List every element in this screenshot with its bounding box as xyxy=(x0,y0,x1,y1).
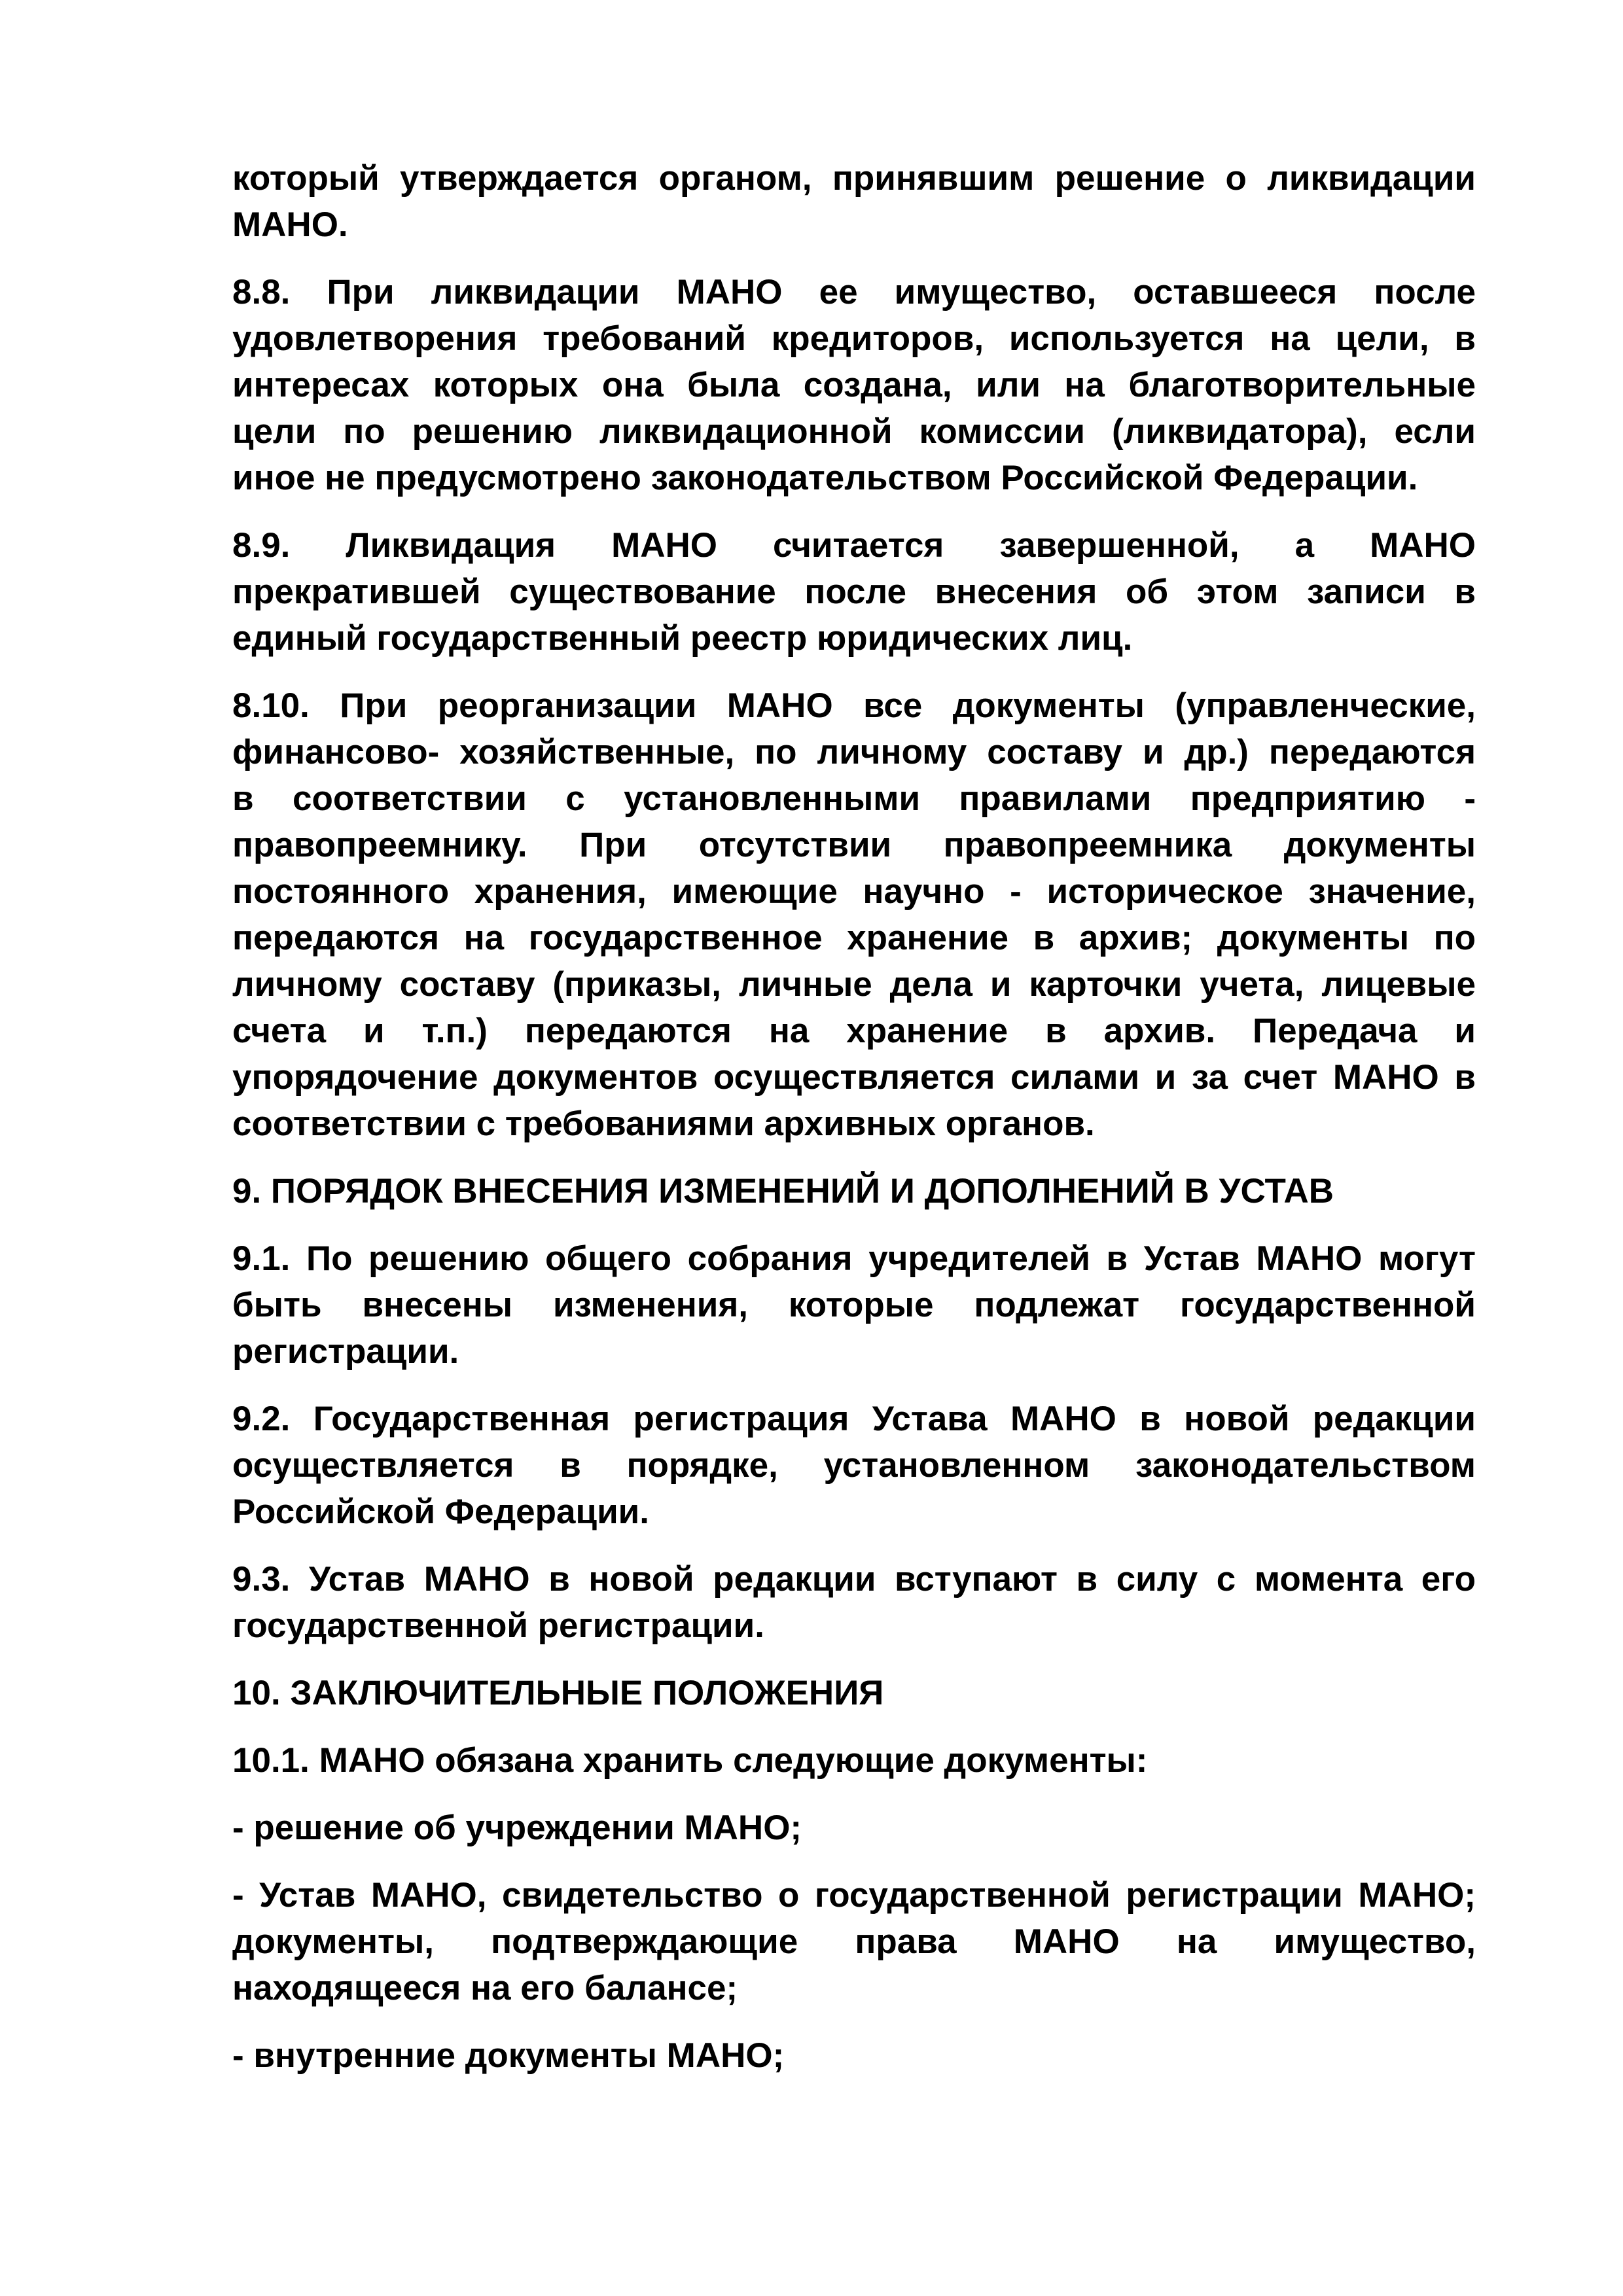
text-line: 8.10. При реорганизации МАНО все докумен… xyxy=(232,682,1476,729)
text-line: осуществляется в порядке, установленном … xyxy=(232,1442,1476,1489)
para-9-3: 9.3. Устав МАНО в новой редакции вступаю… xyxy=(232,1556,1476,1649)
list-item-line: находящееся на его балансе; xyxy=(232,1965,1476,2011)
para-8-8: 8.8. При ликвидации МАНО ее имущество, о… xyxy=(232,269,1476,501)
text-line: единый государственный реестр юридически… xyxy=(232,615,1476,662)
para-8-10: 8.10. При реорганизации МАНО все докумен… xyxy=(232,682,1476,1147)
text-line: Российской Федерации. xyxy=(232,1489,1476,1535)
text-line: соответствии с требованиями архивных орг… xyxy=(232,1101,1476,1147)
text-line: 8.8. При ликвидации МАНО ее имущество, о… xyxy=(232,269,1476,315)
text-line: счета и т.п.) передаются на хранение в а… xyxy=(232,1008,1476,1054)
section-heading: 10. ЗАКЛЮЧИТЕЛЬНЫЕ ПОЛОЖЕНИЯ xyxy=(232,1670,1476,1716)
para-8-9: 8.9. Ликвидация МАНО считается завершенн… xyxy=(232,522,1476,662)
text-line: регистрации. xyxy=(232,1328,1476,1375)
list-item-founding-decision: - решение об учреждении МАНО; xyxy=(232,1805,1476,1851)
section-heading: 9. ПОРЯДОК ВНЕСЕНИЯ ИЗМЕНЕНИЙ И ДОПОЛНЕН… xyxy=(232,1168,1476,1214)
text-line: 8.9. Ликвидация МАНО считается завершенн… xyxy=(232,522,1476,569)
heading-section-9: 9. ПОРЯДОК ВНЕСЕНИЯ ИЗМЕНЕНИЙ И ДОПОЛНЕН… xyxy=(232,1168,1476,1214)
document-page: который утверждается органом, принявшим … xyxy=(0,0,1623,2296)
para-9-1: 9.1. По решению общего собрания учредите… xyxy=(232,1235,1476,1375)
text-line: финансово- хозяйственные, по личному сос… xyxy=(232,729,1476,775)
text-line: 10.1. МАНО обязана хранить следующие док… xyxy=(232,1737,1476,1784)
text-line: МАНО. xyxy=(232,202,1476,248)
list-item-line: - решение об учреждении МАНО; xyxy=(232,1805,1476,1851)
text-line: удовлетворения требований кредиторов, ис… xyxy=(232,315,1476,362)
list-item-charter-and-property-documents: - Устав МАНО, свидетельство о государств… xyxy=(232,1872,1476,2011)
list-item-line: документы, подтверждающие права МАНО на … xyxy=(232,1918,1476,1965)
list-item-internal-documents: - внутренние документы МАНО; xyxy=(232,2032,1476,2079)
list-item-line: - Устав МАНО, свидетельство о государств… xyxy=(232,1872,1476,1918)
text-line: иное не предусмотрено законодательством … xyxy=(232,455,1476,501)
para-9-2: 9.2. Государственная регистрация Устава … xyxy=(232,1396,1476,1535)
text-line: правопреемнику. При отсутствии правопрее… xyxy=(232,822,1476,868)
text-line: 9.1. По решению общего собрания учредите… xyxy=(232,1235,1476,1282)
text-line: быть внесены изменения, которые подлежат… xyxy=(232,1282,1476,1328)
text-line: передаются на государственное хранение в… xyxy=(232,915,1476,961)
text-line: государственной регистрации. xyxy=(232,1602,1476,1649)
text-line: личному составу (приказы, личные дела и … xyxy=(232,961,1476,1008)
text-line: постоянного хранения, имеющие научно - и… xyxy=(232,868,1476,915)
document-body: который утверждается органом, принявшим … xyxy=(232,155,1476,2100)
text-line: прекратившей существование после внесени… xyxy=(232,569,1476,615)
text-line: который утверждается органом, принявшим … xyxy=(232,155,1476,202)
para-liquidation-tail: который утверждается органом, принявшим … xyxy=(232,155,1476,248)
text-line: цели по решению ликвидационной комиссии … xyxy=(232,408,1476,455)
text-line: 9.3. Устав МАНО в новой редакции вступаю… xyxy=(232,1556,1476,1602)
text-line: интересах которых она была создана, или … xyxy=(232,362,1476,408)
list-item-line: - внутренние документы МАНО; xyxy=(232,2032,1476,2079)
para-10-1: 10.1. МАНО обязана хранить следующие док… xyxy=(232,1737,1476,1784)
heading-section-10: 10. ЗАКЛЮЧИТЕЛЬНЫЕ ПОЛОЖЕНИЯ xyxy=(232,1670,1476,1716)
text-line: в соответствии с установленными правилам… xyxy=(232,775,1476,822)
text-line: упорядочение документов осуществляется с… xyxy=(232,1054,1476,1101)
text-line: 9.2. Государственная регистрация Устава … xyxy=(232,1396,1476,1442)
